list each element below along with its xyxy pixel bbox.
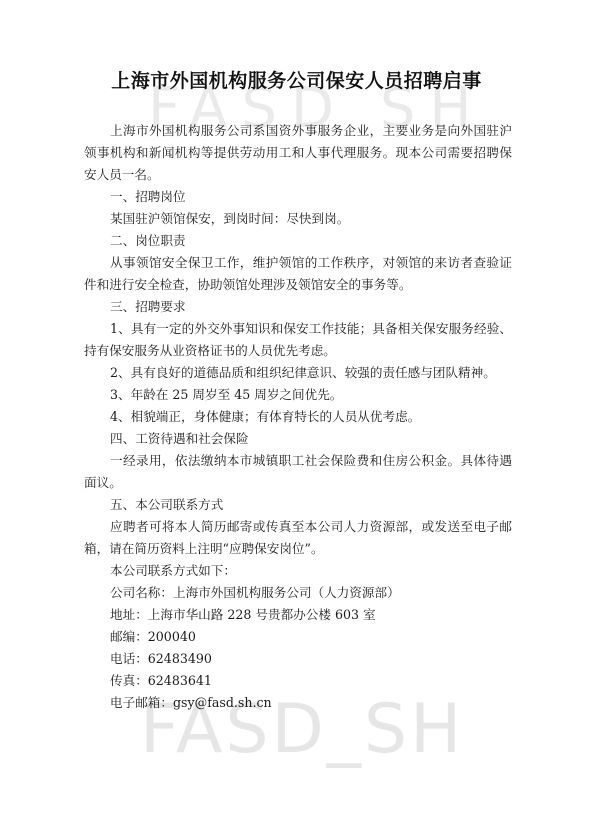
section-paragraph: 一经录用，依法缴纳本市城镇职工社会保险费和住房公积金。具体待遇面议。 xyxy=(84,450,512,494)
contact-company: 公司名称：上海市外国机构服务公司（人力资源部） xyxy=(84,582,512,604)
contact-address: 地址：上海市华山路 228 号贵都办公楼 603 室 xyxy=(84,604,512,626)
contact-intro: 本公司联系方式如下： xyxy=(84,560,512,582)
section-heading-requirements: 三、招聘要求 xyxy=(84,296,512,318)
document-body: 上海市外国机构服务公司系国资外事服务企业，主要业务是向外国驻沪领事机构和新闻机构… xyxy=(84,120,512,714)
requirement-item: 4、相貌端正，身体健康；有体育特长的人员从优考虑。 xyxy=(84,406,512,428)
requirement-item: 2、具有良好的道德品质和组织纪律意识、较强的责任感与团队精神。 xyxy=(84,362,512,384)
section-heading-salary: 四、工资待遇和社会保险 xyxy=(84,428,512,450)
contact-fax: 传真：62483641 xyxy=(84,670,512,692)
contact-email: 电子邮箱：gsy@fasd.sh.cn xyxy=(84,692,512,714)
contact-postcode: 邮编：200040 xyxy=(84,626,512,648)
document-page: 上海市外国机构服务公司保安人员招聘启事 上海市外国机构服务公司系国资外事服务企业… xyxy=(0,0,593,835)
document-title: 上海市外国机构服务公司保安人员招聘启事 xyxy=(0,66,593,93)
section-paragraph: 某国驻沪领馆保安，到岗时间：尽快到岗。 xyxy=(84,208,512,230)
section-heading-duties: 二、岗位职责 xyxy=(84,230,512,252)
section-heading-contact: 五、本公司联系方式 xyxy=(84,494,512,516)
section-paragraph: 应聘者可将本人简历邮寄或传真至本公司人力资源部，或发送至电子邮箱，请在简历资料上… xyxy=(84,516,512,560)
section-heading-position: 一、招聘岗位 xyxy=(84,186,512,208)
section-paragraph: 从事领馆安全保卫工作，维护领馆的工作秩序，对领馆的来访者查验证件和进行安全检查，… xyxy=(84,252,512,296)
requirement-item: 3、年龄在 25 周岁至 45 周岁之间优先。 xyxy=(84,384,512,406)
contact-phone: 电话：62483490 xyxy=(84,648,512,670)
intro-paragraph: 上海市外国机构服务公司系国资外事服务企业，主要业务是向外国驻沪领事机构和新闻机构… xyxy=(84,120,512,186)
requirement-item: 1、具有一定的外交外事知识和保安工作技能；具备相关保安服务经验、持有保安服务从业… xyxy=(84,318,512,362)
